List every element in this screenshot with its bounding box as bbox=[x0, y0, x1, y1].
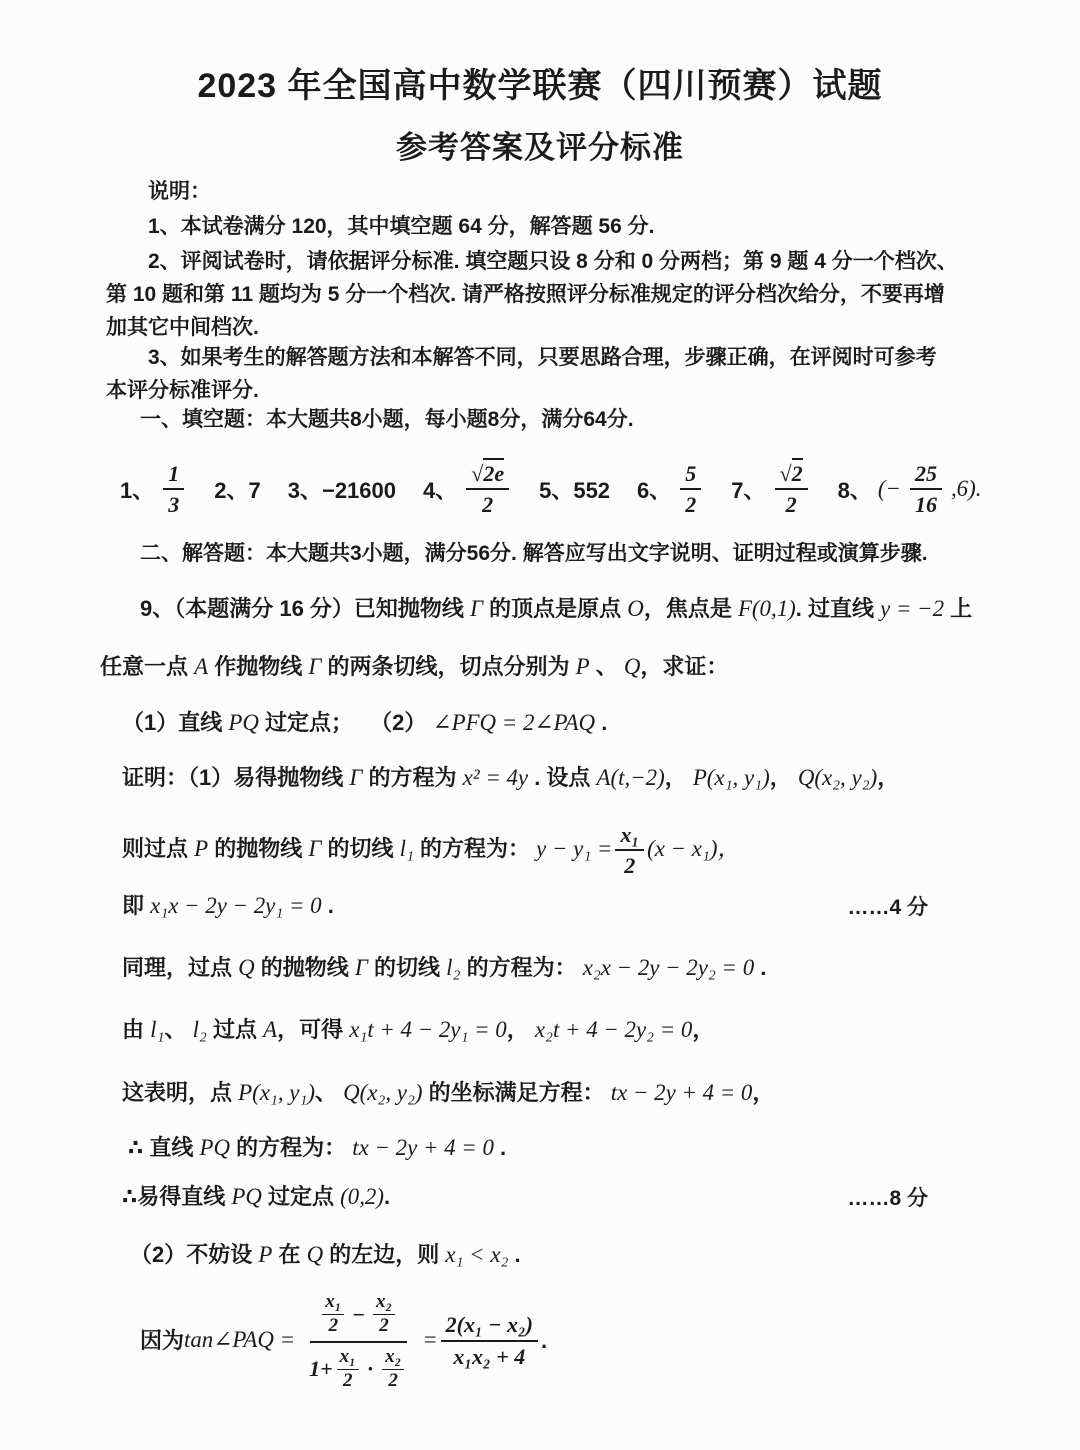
answer-text: 3、−21600 bbox=[288, 474, 396, 505]
text-run: ，焦点是 bbox=[644, 596, 738, 621]
text-run: 即 bbox=[122, 893, 150, 918]
numerator: x₂ bbox=[373, 1292, 395, 1315]
math-run: l₂ bbox=[193, 1017, 207, 1042]
equals-sign: = bbox=[422, 1325, 437, 1356]
math-run: x₁ < x₂ bbox=[445, 1242, 508, 1267]
answer-text: 5、552 bbox=[539, 474, 610, 505]
text-run: ∴ 直线 bbox=[128, 1135, 200, 1160]
numerator: √2 bbox=[775, 461, 808, 490]
text-run: . 设点 bbox=[528, 765, 596, 790]
text-run: 因为 bbox=[140, 1326, 184, 1356]
math-run: y − y₁ = bbox=[536, 836, 612, 861]
text-run: 过定点； （2） bbox=[259, 710, 433, 735]
math-run: PQ bbox=[228, 710, 259, 735]
math-run: x² = 4y bbox=[463, 765, 528, 790]
numerator: x₂ bbox=[382, 1347, 404, 1370]
text-run: 的顶点是原点 bbox=[483, 596, 627, 621]
radicand: 2 bbox=[792, 458, 803, 486]
math-run: PQ bbox=[200, 1135, 231, 1160]
math-run: P bbox=[576, 654, 590, 679]
note-line-1: 1、本试卷满分 120，其中填空题 64 分，解答题 56 分. bbox=[148, 213, 654, 241]
text-run: 的切线 bbox=[368, 955, 446, 980]
math-run: tx − 2y + 4 = 0 bbox=[611, 1080, 753, 1105]
math-run: tan∠PAQ = bbox=[184, 1325, 295, 1356]
text-run: 由 bbox=[122, 1017, 150, 1042]
q9-statement-line-2: 任意一点 A 作抛物线 Γ 的两条切线，切点分别为 P 、 Q，求证： bbox=[100, 652, 728, 683]
text-run: . 过直线 bbox=[796, 596, 880, 621]
text-run: ， bbox=[877, 765, 899, 790]
math-run: x₁t + 4 − 2y₁ = 0 bbox=[349, 1017, 507, 1042]
score-marker-8: ……8 分 bbox=[847, 1182, 928, 1212]
text-run: . bbox=[384, 1184, 390, 1209]
fill-answers-row: 1、 1 3 2、7 3、−21600 4、 √2e 2 5、552 6、 5 bbox=[120, 443, 981, 535]
denominator: 2 bbox=[619, 851, 640, 878]
math-run: Γ bbox=[355, 955, 368, 980]
text-run: 的方程为： bbox=[414, 836, 536, 861]
page-subtitle: 参考答案及评分标准 bbox=[0, 122, 1080, 167]
text-run: 的坐标满足方程： bbox=[423, 1080, 611, 1105]
math-run: P bbox=[194, 836, 208, 861]
solve-section-heading: 二、解答题：本大题共3小题，满分56分. 解答应写出文字说明、证明过程或演算步骤… bbox=[140, 540, 928, 568]
numerator: 5 bbox=[680, 461, 701, 490]
math-run: A bbox=[194, 654, 208, 679]
answer-label: 6、 bbox=[637, 474, 671, 505]
denominator: 2 bbox=[680, 490, 701, 517]
text-run: ， bbox=[770, 765, 798, 790]
numerator: x₁ bbox=[322, 1292, 344, 1315]
q9-tangent1-line: 则过点 P 的抛物线 Γ 的切线 l₁ 的方程为： y − y₁ =x₁2(x … bbox=[122, 822, 740, 879]
text-run: 9、（本题满分 16 分）已知抛物线 bbox=[140, 596, 470, 621]
math-run: P(x₁, y₁) bbox=[693, 765, 770, 790]
answer-item-7: 7、 √2 2 bbox=[731, 461, 810, 518]
math-run: ∠PFQ = 2∠PAQ bbox=[432, 710, 595, 735]
big-fraction: x₁2 − x₂2 1+ x₁2 · x₂2 bbox=[301, 1290, 416, 1392]
q9-conclude1-line: ∴ 直线 PQ 的方程为： tx − 2y + 4 = 0 . bbox=[128, 1133, 506, 1164]
fraction: 1 3 bbox=[163, 461, 184, 518]
math-run: y = −2 bbox=[880, 596, 944, 621]
text-run: . bbox=[494, 1135, 506, 1160]
math-run: Γ bbox=[308, 836, 321, 861]
numerator: √2e bbox=[466, 461, 509, 490]
math-run: x₂x − 2y − 2y₂ = 0 bbox=[583, 955, 754, 980]
text-run: 的抛物线 bbox=[208, 836, 308, 861]
answer-label: 1、 bbox=[120, 474, 154, 505]
note-line-3a: 3、如果考生的解答题方法和本解答不同，只要思路合理，步骤正确，在评阅时可参考 bbox=[148, 344, 937, 372]
text-run: （2）不妨设 bbox=[130, 1242, 258, 1267]
text-run: 同理，过点 bbox=[122, 955, 238, 980]
sqrt-sign: √ bbox=[471, 461, 483, 486]
q9-part2-line: （2）不妨设 P 在 Q 的左边，则 x₁ < x₂ . bbox=[130, 1240, 521, 1271]
text-run: . bbox=[508, 1242, 520, 1267]
text-run: . bbox=[754, 955, 766, 980]
q9-similarly-line: 同理，过点 Q 的抛物线 Γ 的切线 l₂ 的方程为： x₂x − 2y − 2… bbox=[122, 953, 766, 984]
answer-item-4: 4、 √2e 2 bbox=[423, 461, 512, 518]
note-line-2a: 2、评阅试卷时，请依据评分标准. 填空题只设 8 分和 0 分两档；第 9 题 … bbox=[148, 248, 958, 276]
text-run: ，求证： bbox=[640, 654, 728, 679]
text-run: 、 bbox=[164, 1017, 192, 1042]
math-run: (0,2) bbox=[340, 1184, 384, 1209]
math-run: P bbox=[258, 1242, 272, 1267]
radicand: 2e bbox=[483, 458, 504, 486]
numerator: 25 bbox=[910, 461, 942, 490]
note-line-3b: 本评分标准评分. bbox=[106, 377, 259, 405]
text-run: 的左边，则 bbox=[323, 1242, 445, 1267]
text-run: 证明：（1）易得抛物线 bbox=[122, 765, 349, 790]
math-run: x₂t + 4 − 2y₂ = 0 bbox=[535, 1017, 693, 1042]
text-run: 的抛物线 bbox=[255, 955, 355, 980]
notes-heading: 说明： bbox=[148, 178, 211, 206]
math-run: (x − x₁)， bbox=[647, 836, 740, 861]
text-run: 任意一点 bbox=[100, 654, 194, 679]
text-run: 的切线 bbox=[321, 836, 399, 861]
math-run: l₁ bbox=[150, 1017, 164, 1042]
fraction: 25 16 bbox=[910, 461, 942, 518]
text-run: 则过点 bbox=[122, 836, 194, 861]
math-run: A(t,−2) bbox=[597, 765, 665, 790]
q9-tan-formula-line: 因为 tan∠PAQ = x₁2 − x₂2 1+ x₁2 · x₂2 = 2(… bbox=[140, 1290, 547, 1392]
text-run: 过点 bbox=[207, 1017, 263, 1042]
fraction: √2 2 bbox=[775, 461, 808, 518]
denominator: x₁x₂ + 4 bbox=[448, 1342, 530, 1369]
text-run: ， bbox=[507, 1017, 535, 1042]
denominator: 16 bbox=[910, 490, 942, 517]
fraction: x₂2 bbox=[382, 1347, 404, 1392]
numerator: x₁ bbox=[615, 822, 644, 851]
paren-open: (− bbox=[878, 476, 901, 502]
text-run: ， bbox=[692, 1017, 714, 1042]
text-run: 的方程为： bbox=[460, 955, 582, 980]
answer-label: 7、 bbox=[731, 474, 765, 505]
math-run: Q bbox=[238, 955, 255, 980]
text-run: 的方程为： bbox=[230, 1135, 352, 1160]
math-run: x₁x − 2y − 2y₁ = 0 bbox=[150, 893, 321, 918]
page-title: 2023 年全国高中数学联赛（四川预赛）试题 bbox=[0, 58, 1080, 107]
text-run: ， bbox=[665, 765, 693, 790]
answer-label: 8、 bbox=[838, 474, 872, 505]
numerator: x₁ bbox=[337, 1347, 359, 1370]
answer-item-8: 8、 (− 25 16 ,6). bbox=[838, 461, 982, 518]
note-line-2b: 第 10 题和第 11 题均为 5 分一个档次. 请严格按照评分标准规定的评分档… bbox=[106, 281, 945, 309]
numerator: 2(x₁ − x₂) bbox=[441, 1312, 538, 1341]
math-run: tx − 2y + 4 = 0 bbox=[352, 1135, 494, 1160]
fraction: x₁2 bbox=[337, 1347, 359, 1392]
denominator: 2 bbox=[326, 1315, 342, 1337]
fraction: x₁2 bbox=[615, 822, 644, 879]
answer-item-6: 6、 5 2 bbox=[637, 461, 704, 518]
fraction: x₁2 bbox=[322, 1292, 344, 1337]
math-run: F(0,1) bbox=[738, 596, 796, 621]
sqrt-sign: √ bbox=[780, 461, 792, 486]
text-run: 作抛物线 bbox=[208, 654, 308, 679]
paren-close: ,6). bbox=[951, 476, 982, 502]
math-run: Q bbox=[624, 654, 641, 679]
text-run: ， bbox=[752, 1080, 774, 1105]
q9-proof-line-1: 证明：（1）易得抛物线 Γ 的方程为 x² = 4y . 设点 A(t,−2)，… bbox=[122, 763, 899, 794]
math-run: O bbox=[627, 596, 644, 621]
answer-label: 4、 bbox=[423, 474, 457, 505]
denominator: 2 bbox=[376, 1315, 392, 1337]
dot-operator: · bbox=[367, 1354, 374, 1384]
text-run: . bbox=[595, 710, 607, 735]
answer-item-2: 2、7 bbox=[214, 474, 260, 505]
text-run: . bbox=[322, 893, 334, 918]
denominator: 2 bbox=[477, 490, 498, 517]
math-run: A bbox=[263, 1017, 277, 1042]
denominator: 2 bbox=[340, 1370, 356, 1392]
math-run: l₁ bbox=[400, 836, 414, 861]
answer-item-3: 3、−21600 bbox=[288, 474, 396, 505]
text-run: ∴易得直线 bbox=[122, 1184, 231, 1209]
math-run: PQ bbox=[231, 1184, 262, 1209]
text-run: 上 bbox=[944, 596, 972, 621]
math-run: Γ bbox=[349, 765, 362, 790]
text-run: ，可得 bbox=[277, 1017, 349, 1042]
answer-item-1: 1、 1 3 bbox=[120, 461, 187, 518]
math-run: Γ bbox=[470, 596, 483, 621]
fill-section-heading: 一、填空题：本大题共8小题，每小题8分，满分64分. bbox=[140, 406, 634, 434]
q9-eq-line: 即 x₁x − 2y − 2y₁ = 0 . bbox=[122, 891, 334, 922]
answer-text: 2、7 bbox=[214, 474, 260, 505]
q9-claims-line: （1）直线 PQ 过定点； （2） ∠PFQ = 2∠PAQ . bbox=[122, 708, 607, 739]
one-plus: 1+ bbox=[309, 1354, 333, 1384]
text-run: （1）直线 bbox=[122, 710, 228, 735]
q9-satisfy-line: 这表明，点 P(x₁, y₁)、 Q(x₂, y₂) 的坐标满足方程： tx −… bbox=[122, 1078, 774, 1109]
minus-operator: − bbox=[352, 1300, 365, 1330]
q9-statement-line-1: 9、（本题满分 16 分）已知抛物线 Γ 的顶点是原点 O，焦点是 F(0,1)… bbox=[140, 594, 972, 625]
math-run: Γ bbox=[308, 654, 321, 679]
fraction: 2(x₁ − x₂) x₁x₂ + 4 bbox=[441, 1312, 538, 1369]
denominator: 3 bbox=[163, 490, 184, 517]
big-denominator: 1+ x₁2 · x₂2 bbox=[301, 1343, 416, 1392]
fraction: x₂2 bbox=[373, 1292, 395, 1337]
score-marker-4: ……4 分 bbox=[847, 891, 928, 921]
fraction: 5 2 bbox=[680, 461, 701, 518]
math-run: Q bbox=[307, 1242, 324, 1267]
math-run: l₂ bbox=[446, 955, 460, 980]
math-run: P(x₁, y₁) bbox=[238, 1080, 315, 1105]
big-numerator: x₁2 − x₂2 bbox=[310, 1290, 407, 1343]
text-run: 的两条切线，切点分别为 bbox=[321, 654, 575, 679]
scanned-exam-page: 2023 年全国高中数学联赛（四川预赛）试题 参考答案及评分标准 说明： 1、本… bbox=[0, 0, 1080, 1450]
text-run: 过定点 bbox=[262, 1184, 340, 1209]
denominator: 2 bbox=[385, 1370, 401, 1392]
answer-item-5: 5、552 bbox=[539, 474, 610, 505]
text-run: 在 bbox=[272, 1242, 306, 1267]
denominator: 2 bbox=[781, 490, 802, 517]
text-run: . bbox=[541, 1326, 547, 1356]
text-run: 的方程为 bbox=[362, 765, 462, 790]
note-line-2c: 加其它中间档次. bbox=[106, 314, 259, 342]
math-run: Q(x₂, y₂) bbox=[798, 765, 877, 790]
text-run: 、 bbox=[315, 1080, 343, 1105]
numerator: 1 bbox=[163, 461, 184, 490]
text-run: 这表明，点 bbox=[122, 1080, 238, 1105]
math-run: Q(x₂, y₂) bbox=[343, 1080, 422, 1105]
text-run: 、 bbox=[590, 654, 624, 679]
fraction: √2e 2 bbox=[466, 461, 509, 518]
q9-conclude2-line: ∴易得直线 PQ 过定点 (0,2). bbox=[122, 1182, 390, 1213]
q9-through-line: 由 l₁、 l₂ 过点 A，可得 x₁t + 4 − 2y₁ = 0， x₂t … bbox=[122, 1015, 714, 1046]
